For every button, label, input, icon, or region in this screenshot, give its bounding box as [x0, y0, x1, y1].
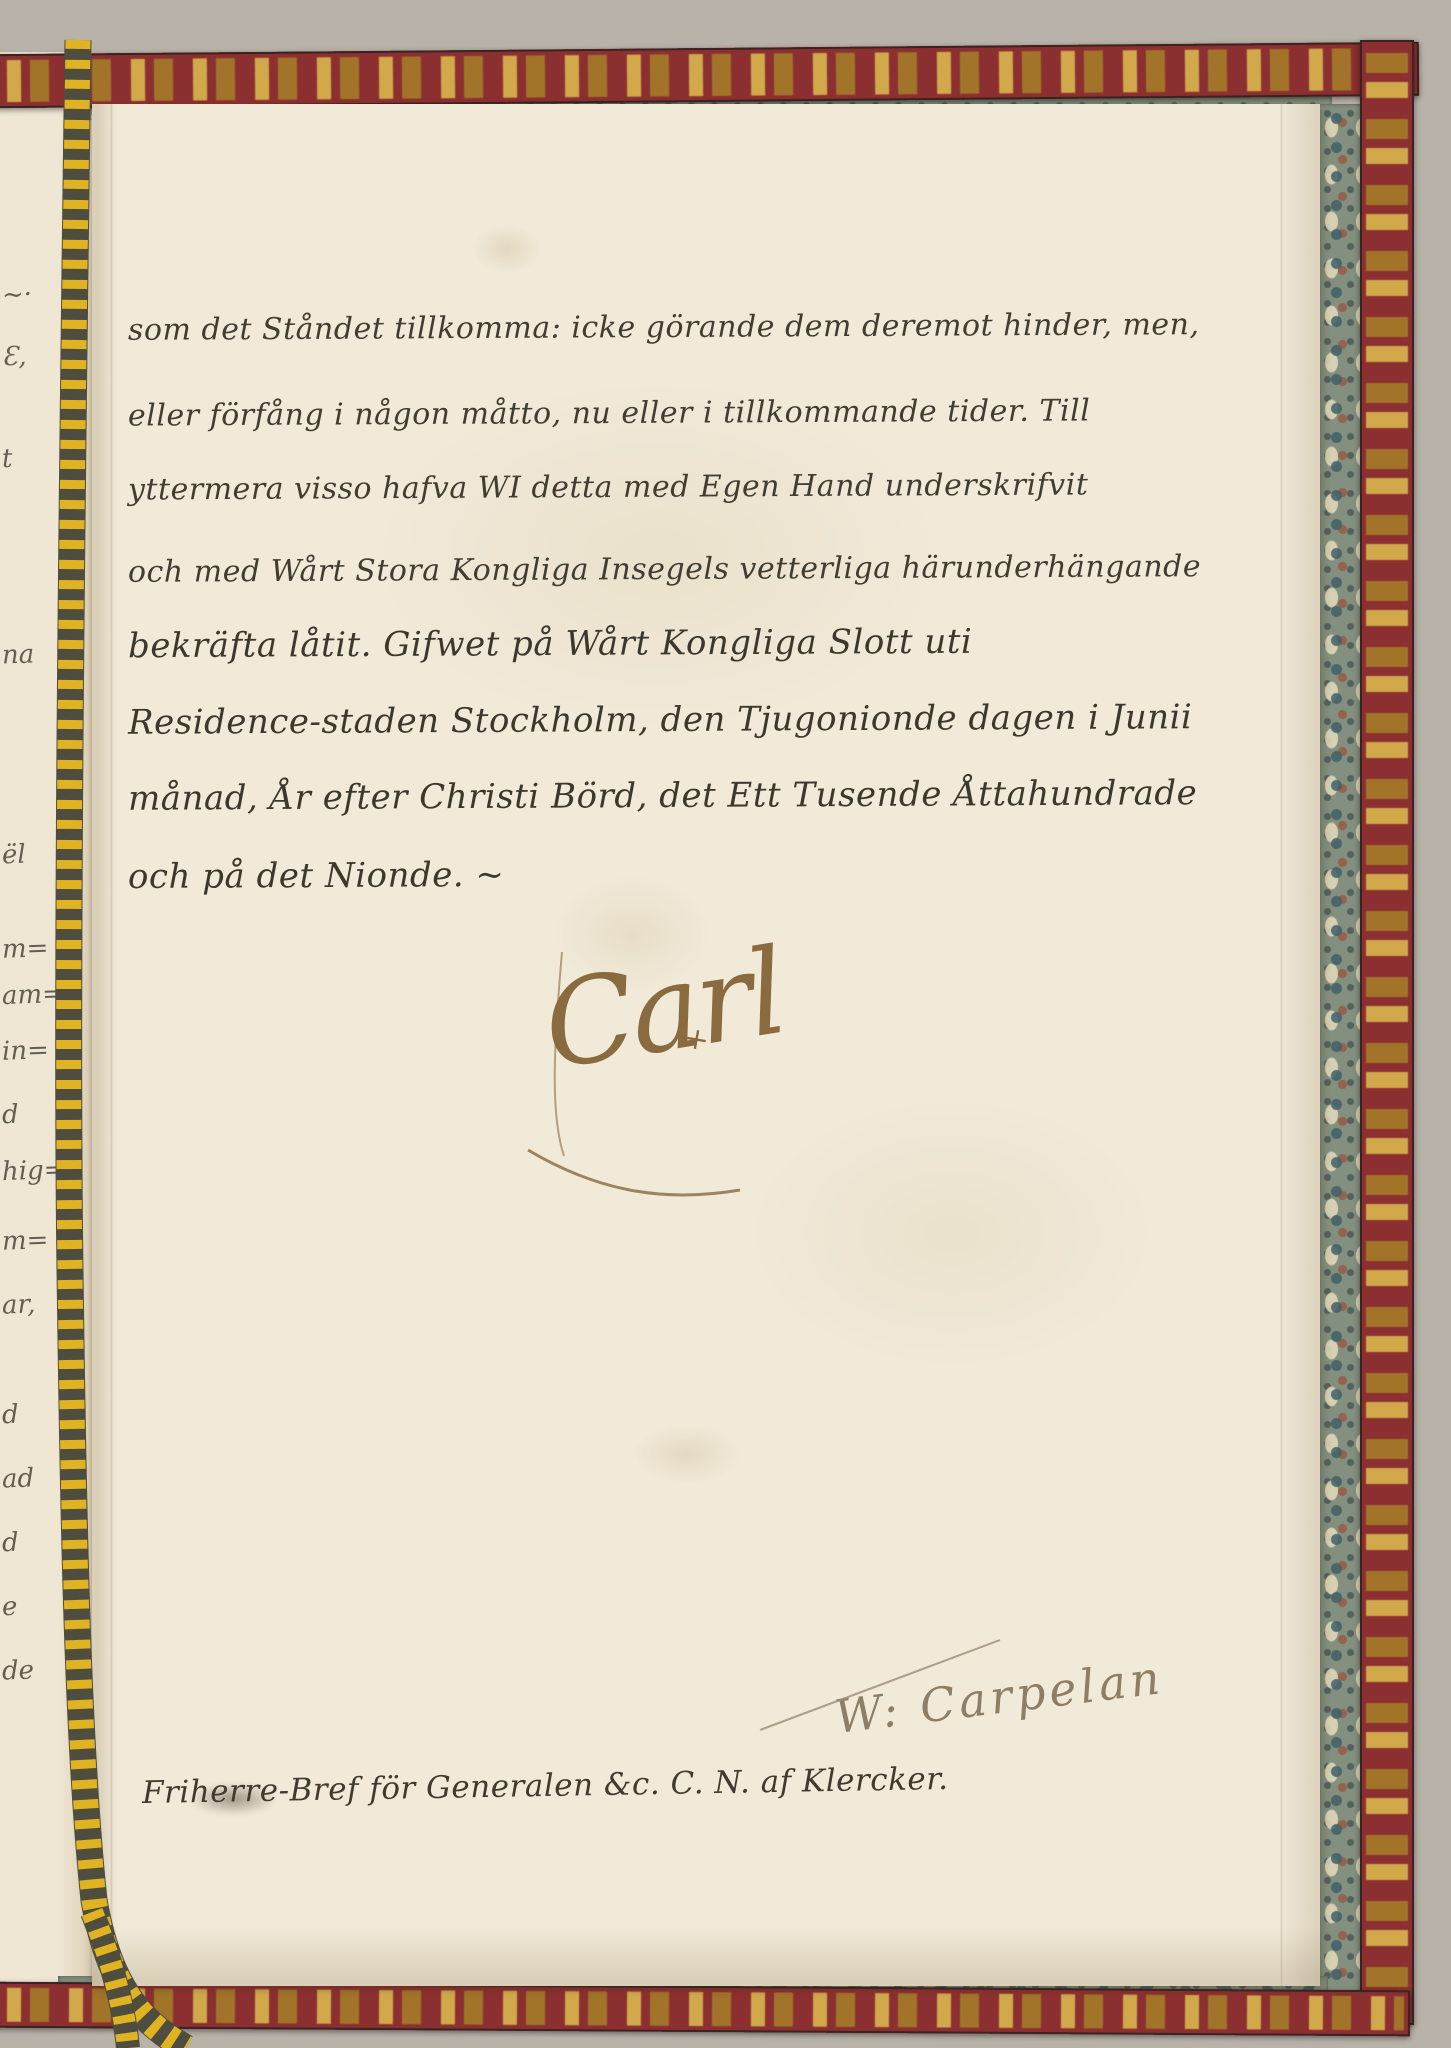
- binding-cord: [0, 0, 1451, 2048]
- document-photo: ~·Ɛ,tnaëlm=am=in=dhig=m=ar,daddede som d…: [0, 0, 1451, 2048]
